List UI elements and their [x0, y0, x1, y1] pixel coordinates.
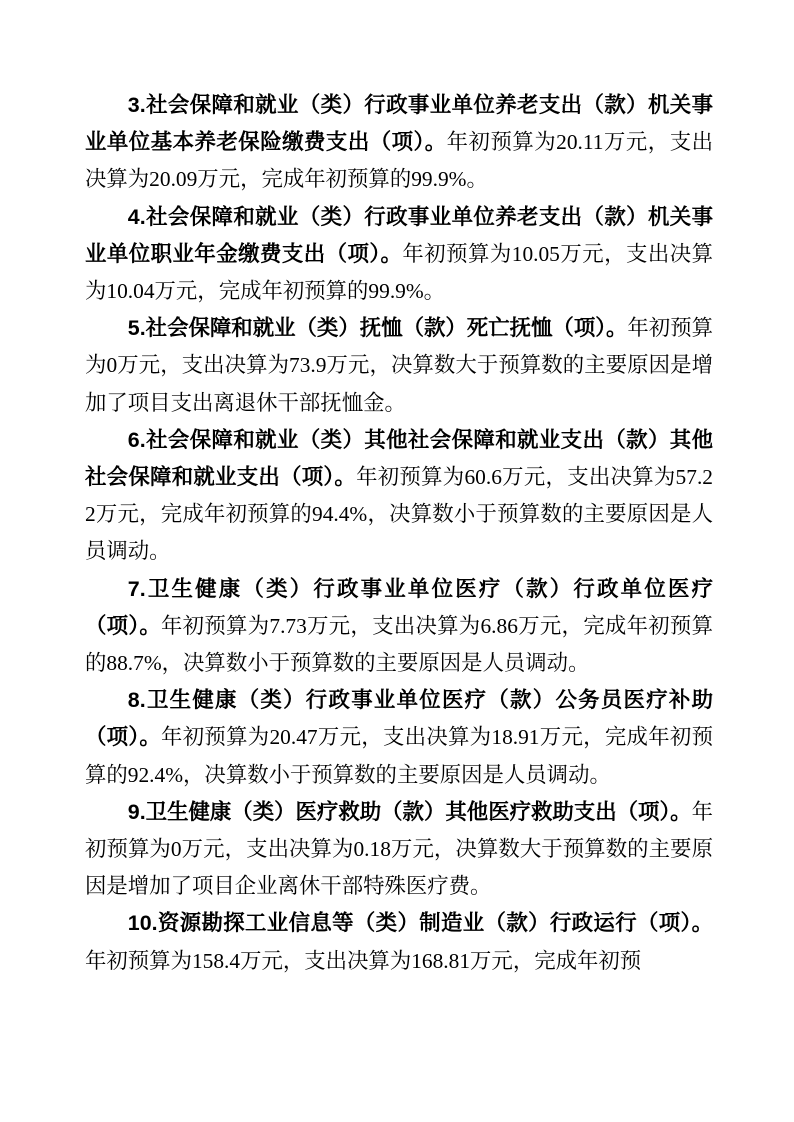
budget-item-7-body: 年初预算为7.73万元，支出决算为6.86万元，完成年初预算的88.7%，决算数… [85, 614, 713, 675]
budget-item-paragraph-3: 3.社会保障和就业（类）行政事业单位养老支出（款）机关事业单位基本养老保险缴费支… [85, 87, 713, 199]
document-page: 3.社会保障和就业（类）行政事业单位养老支出（款）机关事业单位基本养老保险缴费支… [0, 0, 794, 1122]
document-content: 3.社会保障和就业（类）行政事业单位养老支出（款）机关事业单位基本养老保险缴费支… [85, 87, 713, 980]
budget-item-paragraph-4: 4.社会保障和就业（类）行政事业单位养老支出（款）机关事业单位职业年金缴费支出（… [85, 199, 713, 311]
budget-item-paragraph-7: 7.卫生健康（类）行政事业单位医疗（款）行政单位医疗（项）。年初预算为7.73万… [85, 571, 713, 683]
budget-item-8-body: 年初预算为20.47万元，支出决算为18.91万元，完成年初预算的92.4%，决… [85, 725, 713, 786]
budget-item-paragraph-5: 5.社会保障和就业（类）抚恤（款）死亡抚恤（项）。年初预算为0万元，支出决算为7… [85, 310, 713, 422]
budget-item-5-title: 5.社会保障和就业（类）抚恤（款）死亡抚恤（项）。 [128, 316, 628, 340]
budget-item-paragraph-8: 8.卫生健康（类）行政事业单位医疗（款）公务员医疗补助（项）。年初预算为20.4… [85, 682, 713, 794]
budget-item-10-title: 10.资源勘探工业信息等（类）制造业（款）行政运行（项）。 [128, 911, 713, 935]
budget-item-10-body: 年初预算为158.4万元，支出决算为168.81万元，完成年初预 [85, 949, 641, 973]
budget-item-paragraph-10: 10.资源勘探工业信息等（类）制造业（款）行政运行（项）。年初预算为158.4万… [85, 905, 713, 979]
budget-item-paragraph-9: 9.卫生健康（类）医疗救助（款）其他医疗救助支出（项）。年初预算为0万元，支出决… [85, 794, 713, 906]
budget-item-9-title: 9.卫生健康（类）医疗救助（款）其他医疗救助支出（项）。 [128, 800, 692, 824]
budget-item-paragraph-6: 6.社会保障和就业（类）其他社会保障和就业支出（款）其他社会保障和就业支出（项）… [85, 422, 713, 571]
